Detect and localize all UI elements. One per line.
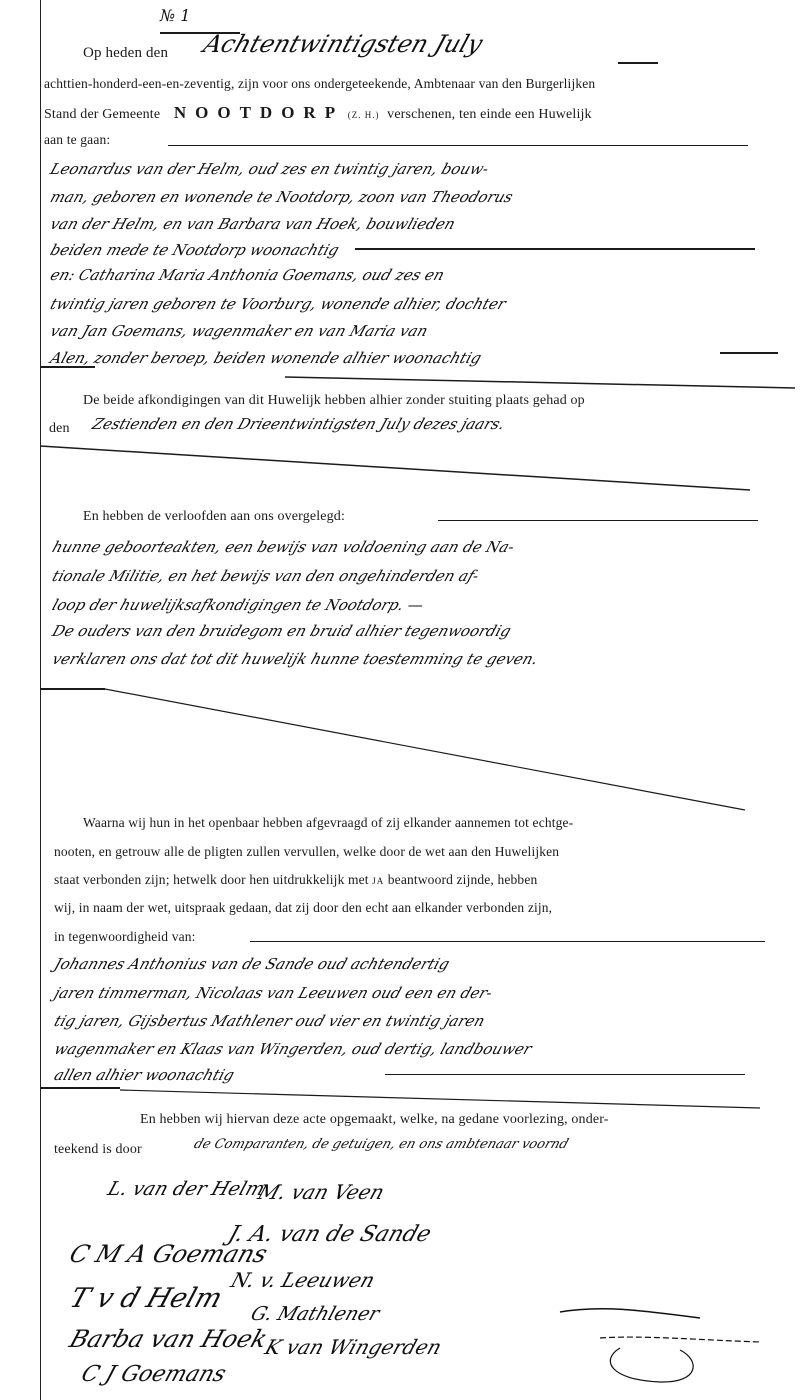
signature-flourish — [0, 0, 800, 1400]
